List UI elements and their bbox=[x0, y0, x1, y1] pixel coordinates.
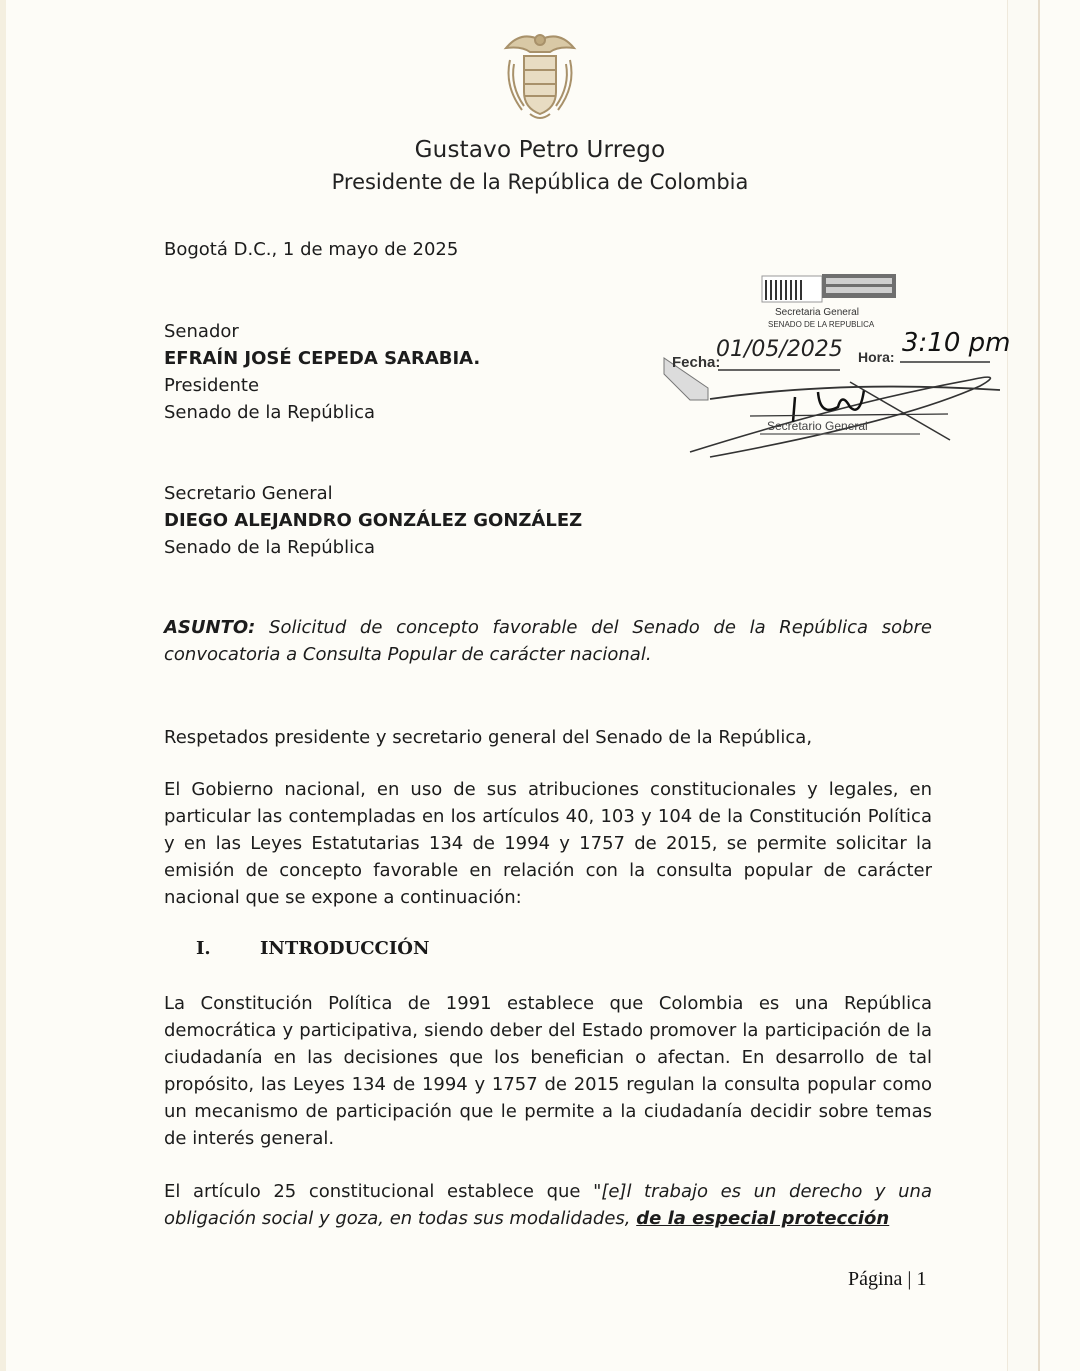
stamp-signature-role: Secretario General bbox=[767, 419, 868, 433]
paragraph-1: El Gobierno nacional, en uso de sus atri… bbox=[164, 776, 932, 911]
scan-left-edge bbox=[0, 0, 6, 1371]
subject-text: Solicitud de concepto favorable del Sena… bbox=[164, 617, 932, 665]
stamp-org-line2: SENADO DE LA REPUBLICA bbox=[768, 320, 874, 329]
stamp-hora-value: 3:10 pm bbox=[902, 328, 1010, 358]
subject-block: ASUNTO: Solicitud de concepto favorable … bbox=[164, 614, 932, 668]
section-heading: I.INTRODUCCIÓN bbox=[196, 938, 429, 959]
stamp-fecha-value: 01/05/2025 bbox=[716, 337, 843, 362]
recipient-1-salutation: Senador bbox=[164, 318, 239, 345]
stamp-fecha-label: Fecha: bbox=[672, 354, 720, 371]
recipient-2-name: DIEGO ALEJANDRO GONZÁLEZ GONZÁLEZ bbox=[164, 507, 582, 534]
recipient-2-role: Secretario General bbox=[164, 480, 333, 507]
letterhead-name: Gustavo Petro Urrego bbox=[0, 137, 1080, 163]
page-number: Página | 1 bbox=[848, 1268, 926, 1291]
greeting: Respetados presidente y secretario gener… bbox=[164, 724, 812, 751]
letterhead-title: Presidente de la República de Colombia bbox=[0, 170, 1080, 194]
stamp-hora-label: Hora: bbox=[858, 349, 895, 365]
stamp-org-line1: Secretaria General bbox=[775, 307, 859, 318]
paragraph-3: El artículo 25 constitucional establece … bbox=[164, 1178, 932, 1232]
reception-stamp: Secretaria General SENADO DE LA REPUBLIC… bbox=[650, 262, 1020, 462]
coat-of-arms-icon bbox=[496, 26, 584, 126]
section-number: I. bbox=[196, 938, 260, 959]
place-date: Bogotá D.C., 1 de mayo de 2025 bbox=[164, 236, 458, 263]
paragraph-3-lead: El artículo 25 constitucional establece … bbox=[164, 1181, 593, 1202]
recipient-2-institution: Senado de la República bbox=[164, 534, 375, 561]
subject-label: ASUNTO: bbox=[164, 617, 255, 638]
recipient-1-institution: Senado de la República bbox=[164, 399, 375, 426]
section-title: INTRODUCCIÓN bbox=[260, 938, 429, 959]
recipient-1-role: Presidente bbox=[164, 372, 259, 399]
recipient-1-name: EFRAÍN JOSÉ CEPEDA SARABIA. bbox=[164, 345, 480, 372]
scan-right-edge bbox=[1007, 0, 1040, 1371]
paragraph-2: La Constitución Política de 1991 estable… bbox=[164, 990, 932, 1152]
paragraph-3-emphasis: de la especial protección bbox=[636, 1208, 889, 1229]
